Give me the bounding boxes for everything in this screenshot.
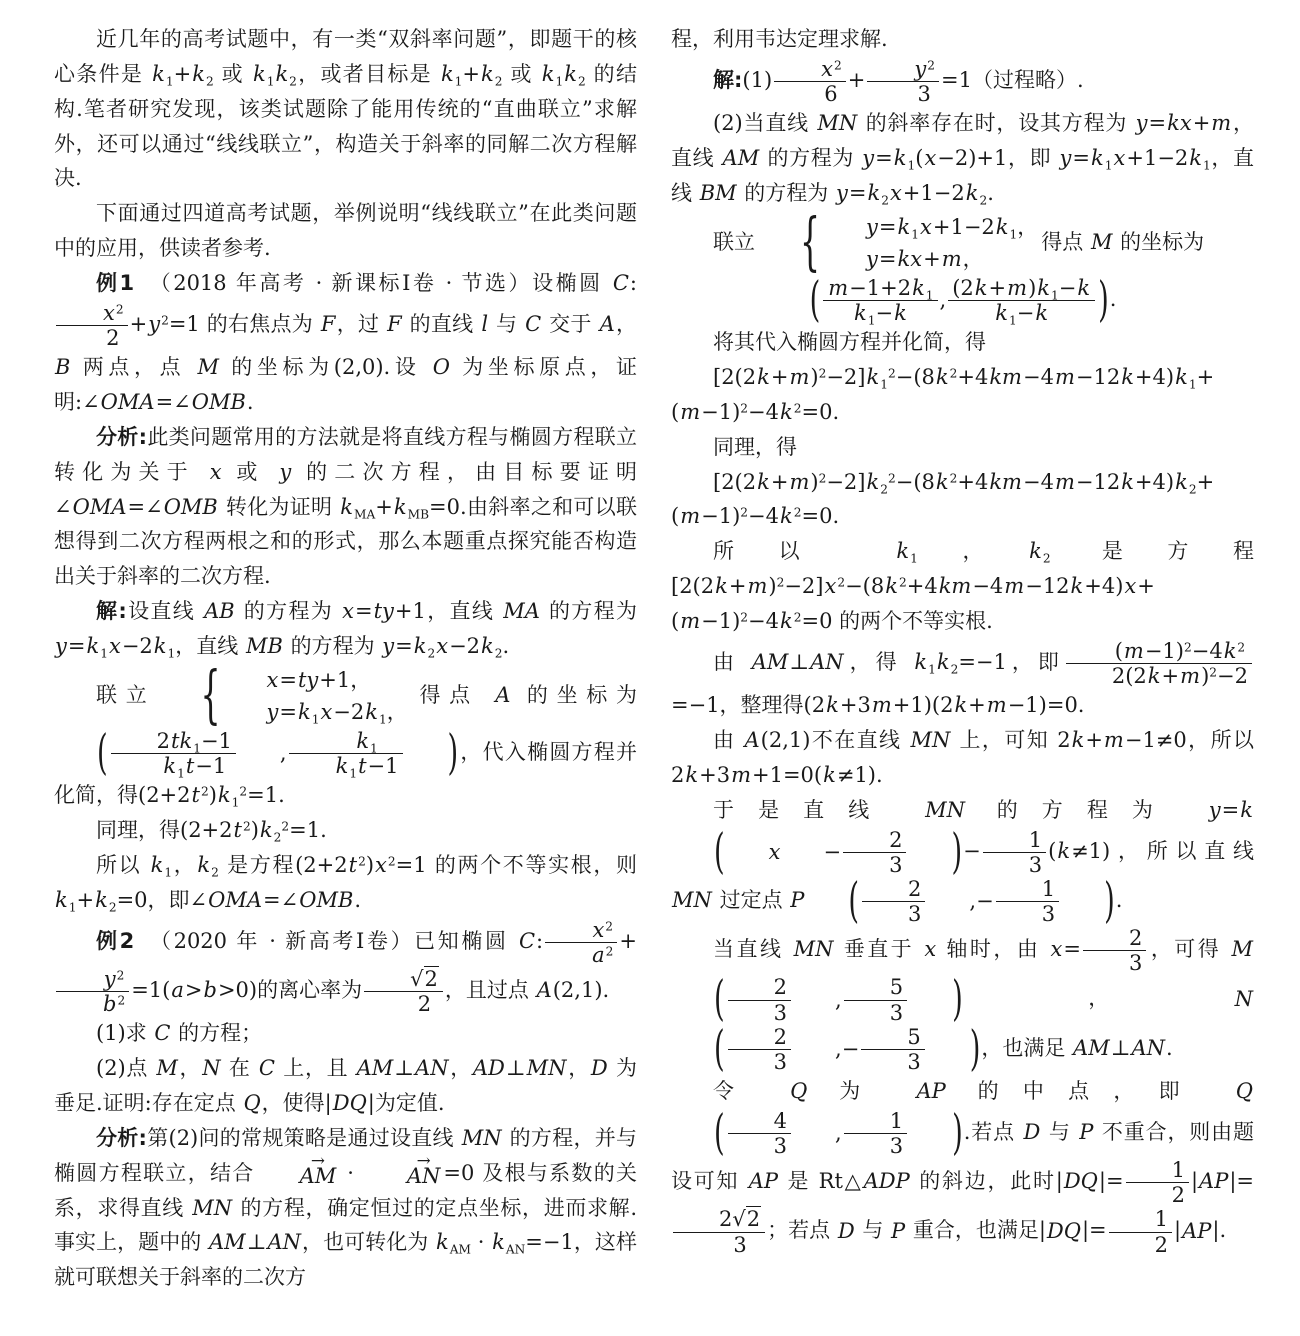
system-lines: y=k1x+1−2k1，y=kx+m， xyxy=(823,211,1038,276)
fraction-denominator: 2 xyxy=(364,991,443,1016)
fraction-numerator: 1 xyxy=(996,877,1059,901)
example2-statement: 例2 （2020 年 · 新高考Ⅰ卷）已知椭圆 C:x2a2+y2b2=1(a>… xyxy=(54,918,637,1017)
similarly-get: 同理，得 xyxy=(671,430,1254,465)
left-column: 近几年的高考试题中，有一类“双斜率问题”，即题干的核心条件是 k1+k2 或 k… xyxy=(54,22,637,1328)
substitute-simplify: 将其代入椭圆方程并化简，得 xyxy=(671,325,1254,360)
left-paren-icon: ( xyxy=(672,1094,725,1173)
fraction-numerator: x2 xyxy=(774,57,846,81)
fraction-numerator: 2 xyxy=(728,975,791,999)
line-mn-fixed-point: 于是直线 MN 的方程为 y=k(x−23)−13(k≠1)，所以直线 MN 过… xyxy=(671,793,1254,926)
vector: →AN xyxy=(364,1156,442,1186)
midpoint-q-conclusion: 令 Q 为 AP 的中点，即 Q(43,13).若点 D 与 P 不重合，则由题… xyxy=(671,1074,1254,1257)
vector-letters: AM xyxy=(257,1165,338,1187)
solution-part1: 解:(1)x26+y23=1（过程略）. xyxy=(671,57,1254,106)
fraction-denominator: b2 xyxy=(56,991,129,1016)
fraction-numerator: 5 xyxy=(844,975,907,999)
fraction: 13 xyxy=(844,1109,907,1158)
right-column: 程，利用韦达定理求解.解:(1)x26+y23=1（过程略）.(2)当直线 MN… xyxy=(671,22,1254,1328)
fraction: m−1+2k1k1−k xyxy=(823,276,937,325)
paren-group: (23,−53) xyxy=(671,1025,981,1074)
fraction-denominator: 3 xyxy=(1083,950,1146,975)
fraction: 53 xyxy=(844,975,907,1024)
quadratic-roots-conclusion: 所以 k1，k2 是方程[2(2k+m)2−2]x2−(8k2+4km−4m−1… xyxy=(671,534,1254,639)
example1-analysis: 分析:此类问题常用的方法就是将直线方程与椭圆方程联立转化为关于 x 或 y 的二… xyxy=(54,420,637,594)
fraction: (2k+m)k1−kk1−k xyxy=(948,276,1095,325)
fraction: x22 xyxy=(56,301,128,350)
fraction: x2a2 xyxy=(545,918,617,967)
right-paren-icon: ) xyxy=(928,1010,981,1089)
example2-analysis: 分析:第(2)问的常规策略是通过设直线 MN 的方程，并与椭圆方程联立，结合→A… xyxy=(54,1121,637,1295)
article-page: 近几年的高考试题中，有一类“双斜率问题”，即题干的核心条件是 k1+k2 或 k… xyxy=(0,0,1300,1336)
fraction-numerator: (2k+m)k1−k xyxy=(948,276,1095,300)
fraction-numerator: (m−1)2−4k2 xyxy=(1066,639,1252,663)
fraction-numerator: 2√2 xyxy=(673,1207,765,1231)
fraction-numerator: y2 xyxy=(867,57,939,81)
fraction-denominator: 3 xyxy=(728,1000,791,1025)
fraction-numerator: 1 xyxy=(844,1109,907,1133)
point-a-not-on-mn: 由 A(2,1)不在直线 MN 上，可知 2k+m−1≠0，所以 2k+3m+1… xyxy=(671,723,1254,793)
fraction-numerator: 2 xyxy=(728,1025,791,1049)
fraction: 2√23 xyxy=(673,1207,765,1256)
left-paren-icon: ( xyxy=(806,862,859,941)
fraction-numerator: 1 xyxy=(1109,1207,1172,1231)
right-paren-icon: ) xyxy=(1062,862,1115,941)
fraction: 13 xyxy=(996,877,1059,926)
perpendicular-condition: 由 AM⊥AN，得 k1k2=−1，即(m−1)2−4k22(2k+m)2−2=… xyxy=(671,639,1254,723)
fraction: (m−1)2−4k22(2k+m)2−2 xyxy=(1066,639,1252,688)
fraction-numerator: 1 xyxy=(983,828,1046,852)
fraction: √22 xyxy=(364,967,443,1016)
equation-system: {x=ty+1，y=k1x−2k1， xyxy=(158,664,407,729)
equation-in-k1: [2(2k+m)2−2]k12−(8k2+4km−4m−12k+4)k1+(m−… xyxy=(671,360,1254,430)
left-paren-icon: ( xyxy=(810,261,821,340)
fraction: 23 xyxy=(728,975,791,1024)
fraction-numerator: 2 xyxy=(843,828,906,852)
fraction-denominator: 2(2k+m)2−2 xyxy=(1066,663,1252,688)
left-paren-icon: ( xyxy=(55,714,108,793)
fraction-numerator: x2 xyxy=(56,301,128,325)
example1-statement: 例1 （2018 年高考 · 新课标Ⅰ卷 · 节选）设椭圆 C:x22+y2=1… xyxy=(54,266,637,420)
fraction-denominator: k1t−1 xyxy=(111,753,236,778)
fraction-denominator: 3 xyxy=(844,1000,907,1025)
solution-solve-system: 联立{y=k1x+1−2k1，y=kx+m，得点 M 的坐标为 xyxy=(671,211,1254,276)
left-paren-icon: ( xyxy=(672,1010,725,1089)
right-paren-icon: ) xyxy=(1098,261,1109,340)
fraction-denominator: 3 xyxy=(983,852,1046,877)
left-brace-icon: { xyxy=(158,644,220,749)
fraction-denominator: 3 xyxy=(728,1049,791,1074)
fraction-numerator: x2 xyxy=(545,918,617,942)
fraction: 13 xyxy=(983,828,1046,877)
left-paren-icon: ( xyxy=(672,813,725,892)
fraction-numerator: y2 xyxy=(56,967,129,991)
fraction-denominator: 3 xyxy=(867,81,939,106)
fraction: 12 xyxy=(1109,1207,1172,1256)
right-paren-icon: ) xyxy=(910,1094,963,1173)
fraction-denominator: k1−k xyxy=(948,300,1095,325)
fraction-denominator: a2 xyxy=(545,942,617,967)
fraction-numerator: √2 xyxy=(364,967,443,991)
fraction: y2b2 xyxy=(56,967,129,1016)
fraction: y23 xyxy=(867,57,939,106)
fraction: 12 xyxy=(1126,1158,1189,1207)
example1-solution-setup: 解:设直线 AB 的方程为 x=ty+1，直线 MA 的方程为 y=k1x−2k… xyxy=(54,594,637,664)
fraction-denominator: 2 xyxy=(56,325,128,350)
fraction-denominator: k1−k xyxy=(823,300,937,325)
fraction-denominator: 3 xyxy=(862,901,925,926)
right-paren-icon: ) xyxy=(909,813,962,892)
fraction-denominator: 2 xyxy=(1126,1182,1189,1207)
example1-conclusion: 所以 k1，k2 是方程(2+2t2)x2=1 的两个不等实根，则 k1+k2=… xyxy=(54,848,637,918)
fraction-numerator: m−1+2k1 xyxy=(823,276,937,300)
vector: →AM xyxy=(257,1156,338,1186)
fraction-denominator: 3 xyxy=(673,1232,765,1257)
fraction: 43 xyxy=(728,1109,791,1158)
vertical-line-case: 当直线 MN 垂直于 x 轴时，由 x=23，可得 M(23,53)，N(23,… xyxy=(671,926,1254,1074)
square-root: √2 xyxy=(732,1206,761,1231)
right-paren-icon: ) xyxy=(406,714,459,793)
paren-group: (2tk1−1k1t−1,k1k1t−1) xyxy=(54,729,459,778)
radicand: 2 xyxy=(746,1206,761,1231)
fraction-numerator: 1 xyxy=(1126,1158,1189,1182)
example2-question-2: (2)点 M，N 在 C 上，且 AM⊥AN，AD⊥MN，D 为垂足.证明:存在… xyxy=(54,1051,637,1121)
fraction-numerator: k1 xyxy=(289,729,403,753)
fraction-denominator: 3 xyxy=(996,901,1059,926)
fraction-denominator: 3 xyxy=(728,1133,791,1158)
vector-letters: AN xyxy=(364,1165,442,1187)
intro-paragraph-2: 下面通过四道高考试题，举例说明“线线联立”在此类问题中的应用，供读者参考. xyxy=(54,196,637,266)
fraction: 23 xyxy=(728,1025,791,1074)
fraction: x26 xyxy=(774,57,846,106)
fraction-denominator: 3 xyxy=(861,1049,924,1074)
fraction-denominator: 2 xyxy=(1109,1232,1172,1257)
square-root: √2 xyxy=(410,966,439,991)
intro-paragraph-1: 近几年的高考试题中，有一类“双斜率问题”，即题干的核心条件是 k1+k2 或 k… xyxy=(54,22,637,196)
system-lines: x=ty+1，y=k1x−2k1， xyxy=(223,664,407,729)
example2-question-1: (1)求 C 的方程； xyxy=(54,1016,637,1051)
radicand: 2 xyxy=(424,966,439,991)
example1-solve-system: 联立{x=ty+1，y=k1x−2k1，得点 A 的坐标为(2tk1−1k1t−… xyxy=(54,664,637,813)
paren-group: (43,13) xyxy=(671,1109,964,1158)
fraction-denominator: k1t−1 xyxy=(289,753,403,778)
equation-system: {y=k1x+1−2k1，y=kx+m， xyxy=(758,211,1038,276)
fraction-numerator: 4 xyxy=(728,1109,791,1133)
fraction-denominator: 3 xyxy=(844,1133,907,1158)
example1-similarly: 同理，得(2+2t2)k22=1. xyxy=(54,813,637,848)
fraction: k1k1t−1 xyxy=(289,729,403,778)
fraction-denominator: 6 xyxy=(774,81,846,106)
equation-in-k2: [2(2k+m)2−2]k22−(8k2+4km−4m−12k+4)k2+(m−… xyxy=(671,465,1254,535)
paren-group: (m−1+2k1k1−k,(2k+m)k1−kk1−k) xyxy=(809,276,1110,325)
example2-analysis-continued: 程，利用韦达定理求解. xyxy=(671,22,1254,57)
